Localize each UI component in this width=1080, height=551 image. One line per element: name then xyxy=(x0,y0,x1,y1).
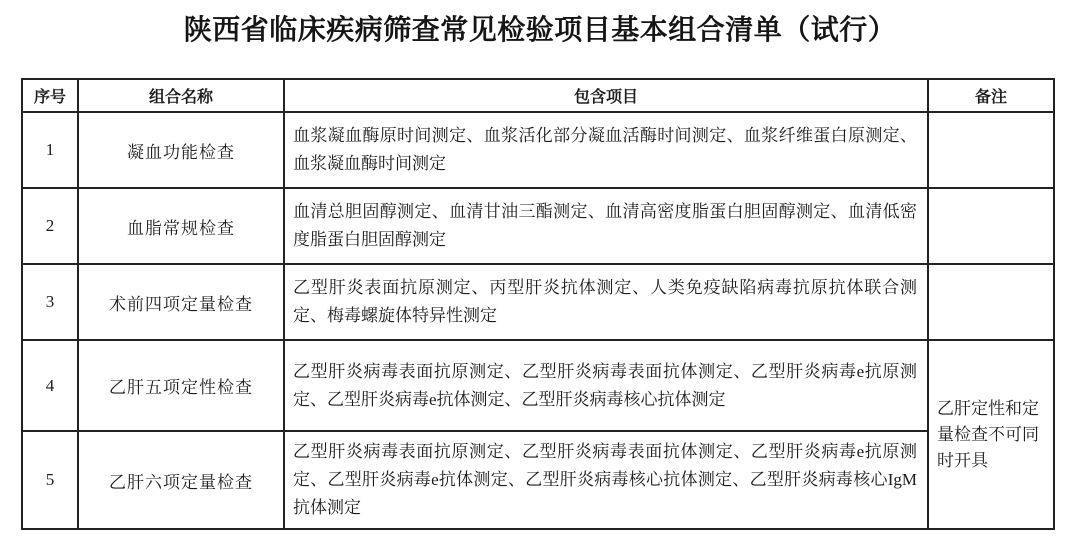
header-serial-number: 序号 xyxy=(22,79,78,112)
cell-serial-number: 2 xyxy=(22,188,78,264)
cell-remark-merged: 乙肝定性和定量检查不可同时开具 xyxy=(928,340,1054,529)
cell-combination-name: 血脂常规检查 xyxy=(78,188,284,264)
cell-included-items: 血浆凝血酶原时间测定、血浆活化部分凝血活酶时间测定、血浆纤维蛋白原测定、血浆凝血… xyxy=(284,112,928,188)
cell-included-items: 血清总胆固醇测定、血清甘油三酯测定、血清高密度脂蛋白胆固醇测定、血清低密度脂蛋白… xyxy=(284,188,928,264)
table-row-3: 3 术前四项定量检查 乙型肝炎表面抗原测定、丙型肝炎抗体测定、人类免疫缺陷病毒抗… xyxy=(22,264,1054,340)
document-page: 陕西省临床疾病筛查常见检验项目基本组合清单（试行） 序号 组合名称 包含项目 备… xyxy=(0,0,1080,551)
cell-combination-name: 凝血功能检查 xyxy=(78,112,284,188)
cell-combination-name: 乙肝六项定量检查 xyxy=(78,431,284,529)
table-row-1: 1 凝血功能检查 血浆凝血酶原时间测定、血浆活化部分凝血活酶时间测定、血浆纤维蛋… xyxy=(22,112,1054,188)
cell-included-items: 乙型肝炎表面抗原测定、丙型肝炎抗体测定、人类免疫缺陷病毒抗原抗体联合测定、梅毒螺… xyxy=(284,264,928,340)
cell-remark xyxy=(928,188,1054,264)
table-header-row: 序号 组合名称 包含项目 备注 xyxy=(22,79,1054,112)
table-row-2: 2 血脂常规检查 血清总胆固醇测定、血清甘油三酯测定、血清高密度脂蛋白胆固醇测定… xyxy=(22,188,1054,264)
cell-serial-number: 4 xyxy=(22,340,78,431)
table-row-5: 5 乙肝六项定量检查 乙型肝炎病毒表面抗原测定、乙型肝炎病毒表面抗体测定、乙型肝… xyxy=(22,431,1054,529)
header-combination-name: 组合名称 xyxy=(78,79,284,112)
cell-included-items: 乙型肝炎病毒表面抗原测定、乙型肝炎病毒表面抗体测定、乙型肝炎病毒e抗原测定、乙型… xyxy=(284,431,928,529)
cell-serial-number: 5 xyxy=(22,431,78,529)
test-combination-table: 序号 组合名称 包含项目 备注 1 凝血功能检查 血浆凝血酶原时间测定、血浆活化… xyxy=(21,78,1055,530)
table-row-4: 4 乙肝五项定性检查 乙型肝炎病毒表面抗原测定、乙型肝炎病毒表面抗体测定、乙型肝… xyxy=(22,340,1054,431)
cell-included-items: 乙型肝炎病毒表面抗原测定、乙型肝炎病毒表面抗体测定、乙型肝炎病毒e抗原测定、乙型… xyxy=(284,340,928,431)
cell-combination-name: 术前四项定量检查 xyxy=(78,264,284,340)
cell-serial-number: 3 xyxy=(22,264,78,340)
cell-remark xyxy=(928,112,1054,188)
cell-combination-name: 乙肝五项定性检查 xyxy=(78,340,284,431)
header-included-items: 包含项目 xyxy=(284,79,928,112)
cell-remark xyxy=(928,264,1054,340)
cell-serial-number: 1 xyxy=(22,112,78,188)
header-remark: 备注 xyxy=(928,79,1054,112)
document-title: 陕西省临床疾病筛查常见检验项目基本组合清单（试行） xyxy=(0,0,1080,48)
